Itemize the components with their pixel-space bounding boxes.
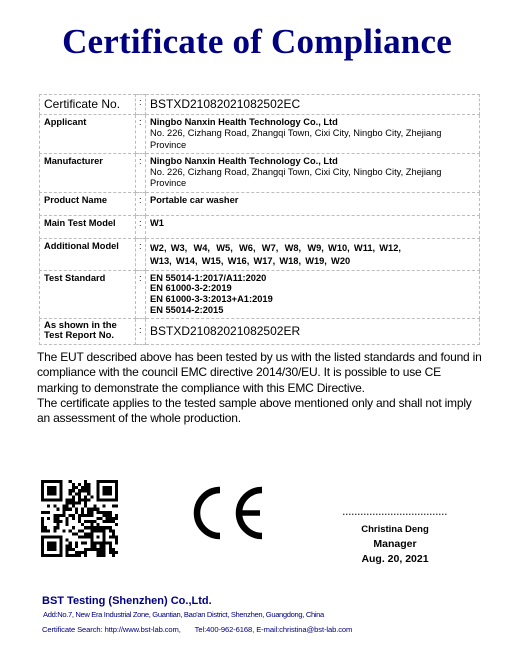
label-applicant: Applicant — [40, 115, 136, 154]
telephone: Tel:400-962-6168, — [195, 625, 255, 634]
value-product-name: Portable car washer — [146, 192, 480, 215]
row-certificate-no: Certificate No. : BSTXD21082021082502EC — [40, 95, 480, 115]
signature-block: ................................... Chri… — [340, 508, 450, 567]
label-certificate-no: Certificate No. — [40, 95, 136, 115]
row-product-name: Product Name : Portable car washer — [40, 192, 480, 215]
separator: : — [136, 192, 146, 215]
manufacturer-company: Ningbo Nanxin Health Technology Co., Ltd — [150, 156, 475, 167]
applicant-company: Ningbo Nanxin Health Technology Co., Ltd — [150, 117, 475, 128]
row-test-report: As shown in the Test Report No. : BSTXD2… — [40, 318, 480, 344]
label-test-standard: Test Standard — [40, 270, 136, 318]
additional-models-line2: W13, W14, W15, W16, W17, W18, W19, W20 — [150, 255, 475, 268]
footer-address: Add:No.7, New Era Industrial Zone, Guant… — [43, 608, 352, 622]
email-link[interactable]: E-mail:christina@bst-lab.com — [256, 625, 352, 634]
value-test-standard: EN 55014-1:2017/A11:2020 EN 61000-3-2:20… — [146, 270, 480, 318]
row-manufacturer: Manufacturer : Ningbo Nanxin Health Tech… — [40, 153, 480, 192]
separator: : — [136, 153, 146, 192]
standard-item: EN 61000-3-2:2019 — [150, 283, 475, 294]
applicant-address-line2: Province — [150, 140, 475, 151]
separator: : — [136, 95, 146, 115]
label-test-report: As shown in the Test Report No. — [40, 318, 136, 344]
website-link[interactable]: http://www.bst-lab.com, — [105, 625, 181, 634]
footer-company: BST Testing (Shenzhen) Co.,Ltd. — [42, 594, 352, 608]
row-additional-model: Additional Model : W2, W3, W4, W5, W6, W… — [40, 238, 480, 270]
value-manufacturer: Ningbo Nanxin Health Technology Co., Ltd… — [146, 153, 480, 192]
certificate-title: Certificate of Compliance — [0, 22, 514, 62]
value-main-test-model: W1 — [146, 215, 480, 238]
qr-code-icon — [41, 480, 118, 557]
value-applicant: Ningbo Nanxin Health Technology Co., Ltd… — [146, 115, 480, 154]
footer-contact: Certificate Search: http://www.bst-lab.c… — [42, 622, 352, 637]
applicant-address-line1: No. 226, Cizhang Road, Zhangqi Town, Cix… — [150, 128, 475, 139]
additional-models-line1: W2, W3, W4, W5, W6, W7, W8, W9, W10, W11… — [150, 242, 475, 255]
separator: : — [136, 238, 146, 270]
standard-item: EN 61000-3-3:2013+A1:2019 — [150, 294, 475, 305]
label-product-name: Product Name — [40, 192, 136, 215]
value-certificate-no: BSTXD21082021082502EC — [146, 95, 480, 115]
standard-item: EN 55014-1:2017/A11:2020 — [150, 273, 475, 284]
statement-paragraph-2: The certificate applies to the tested sa… — [37, 396, 482, 427]
certificate-search-label: Certificate Search: — [42, 625, 103, 634]
standard-item: EN 55014-2:2015 — [150, 305, 475, 316]
label-additional-model: Additional Model — [40, 238, 136, 270]
signature-date: Aug. 20, 2021 — [340, 552, 450, 567]
compliance-statement: The EUT described above has been tested … — [37, 350, 482, 426]
signatory-name: Christina Deng — [340, 522, 450, 537]
row-applicant: Applicant : Ningbo Nanxin Health Technol… — [40, 115, 480, 154]
value-additional-model: W2, W3, W4, W5, W6, W7, W8, W9, W10, W11… — [146, 238, 480, 270]
separator: : — [136, 270, 146, 318]
row-test-standard: Test Standard : EN 55014-1:2017/A11:2020… — [40, 270, 480, 318]
signature-line: ................................... — [340, 508, 450, 516]
manufacturer-address-line2: Province — [150, 178, 475, 189]
certificate-info-table: Certificate No. : BSTXD21082021082502EC … — [39, 94, 480, 345]
manufacturer-address-line1: No. 226, Cizhang Road, Zhangqi Town, Cix… — [150, 167, 475, 178]
separator: : — [136, 115, 146, 154]
label-manufacturer: Manufacturer — [40, 153, 136, 192]
statement-paragraph-1: The EUT described above has been tested … — [37, 350, 482, 396]
value-test-report: BSTXD21082021082502ER — [146, 318, 480, 344]
separator: : — [136, 318, 146, 344]
ce-mark-icon — [190, 484, 266, 542]
label-main-test-model: Main Test Model — [40, 215, 136, 238]
signatory-role: Manager — [340, 537, 450, 552]
separator: : — [136, 215, 146, 238]
row-main-test-model: Main Test Model : W1 — [40, 215, 480, 238]
footer: BST Testing (Shenzhen) Co.,Ltd. Add:No.7… — [42, 594, 352, 637]
